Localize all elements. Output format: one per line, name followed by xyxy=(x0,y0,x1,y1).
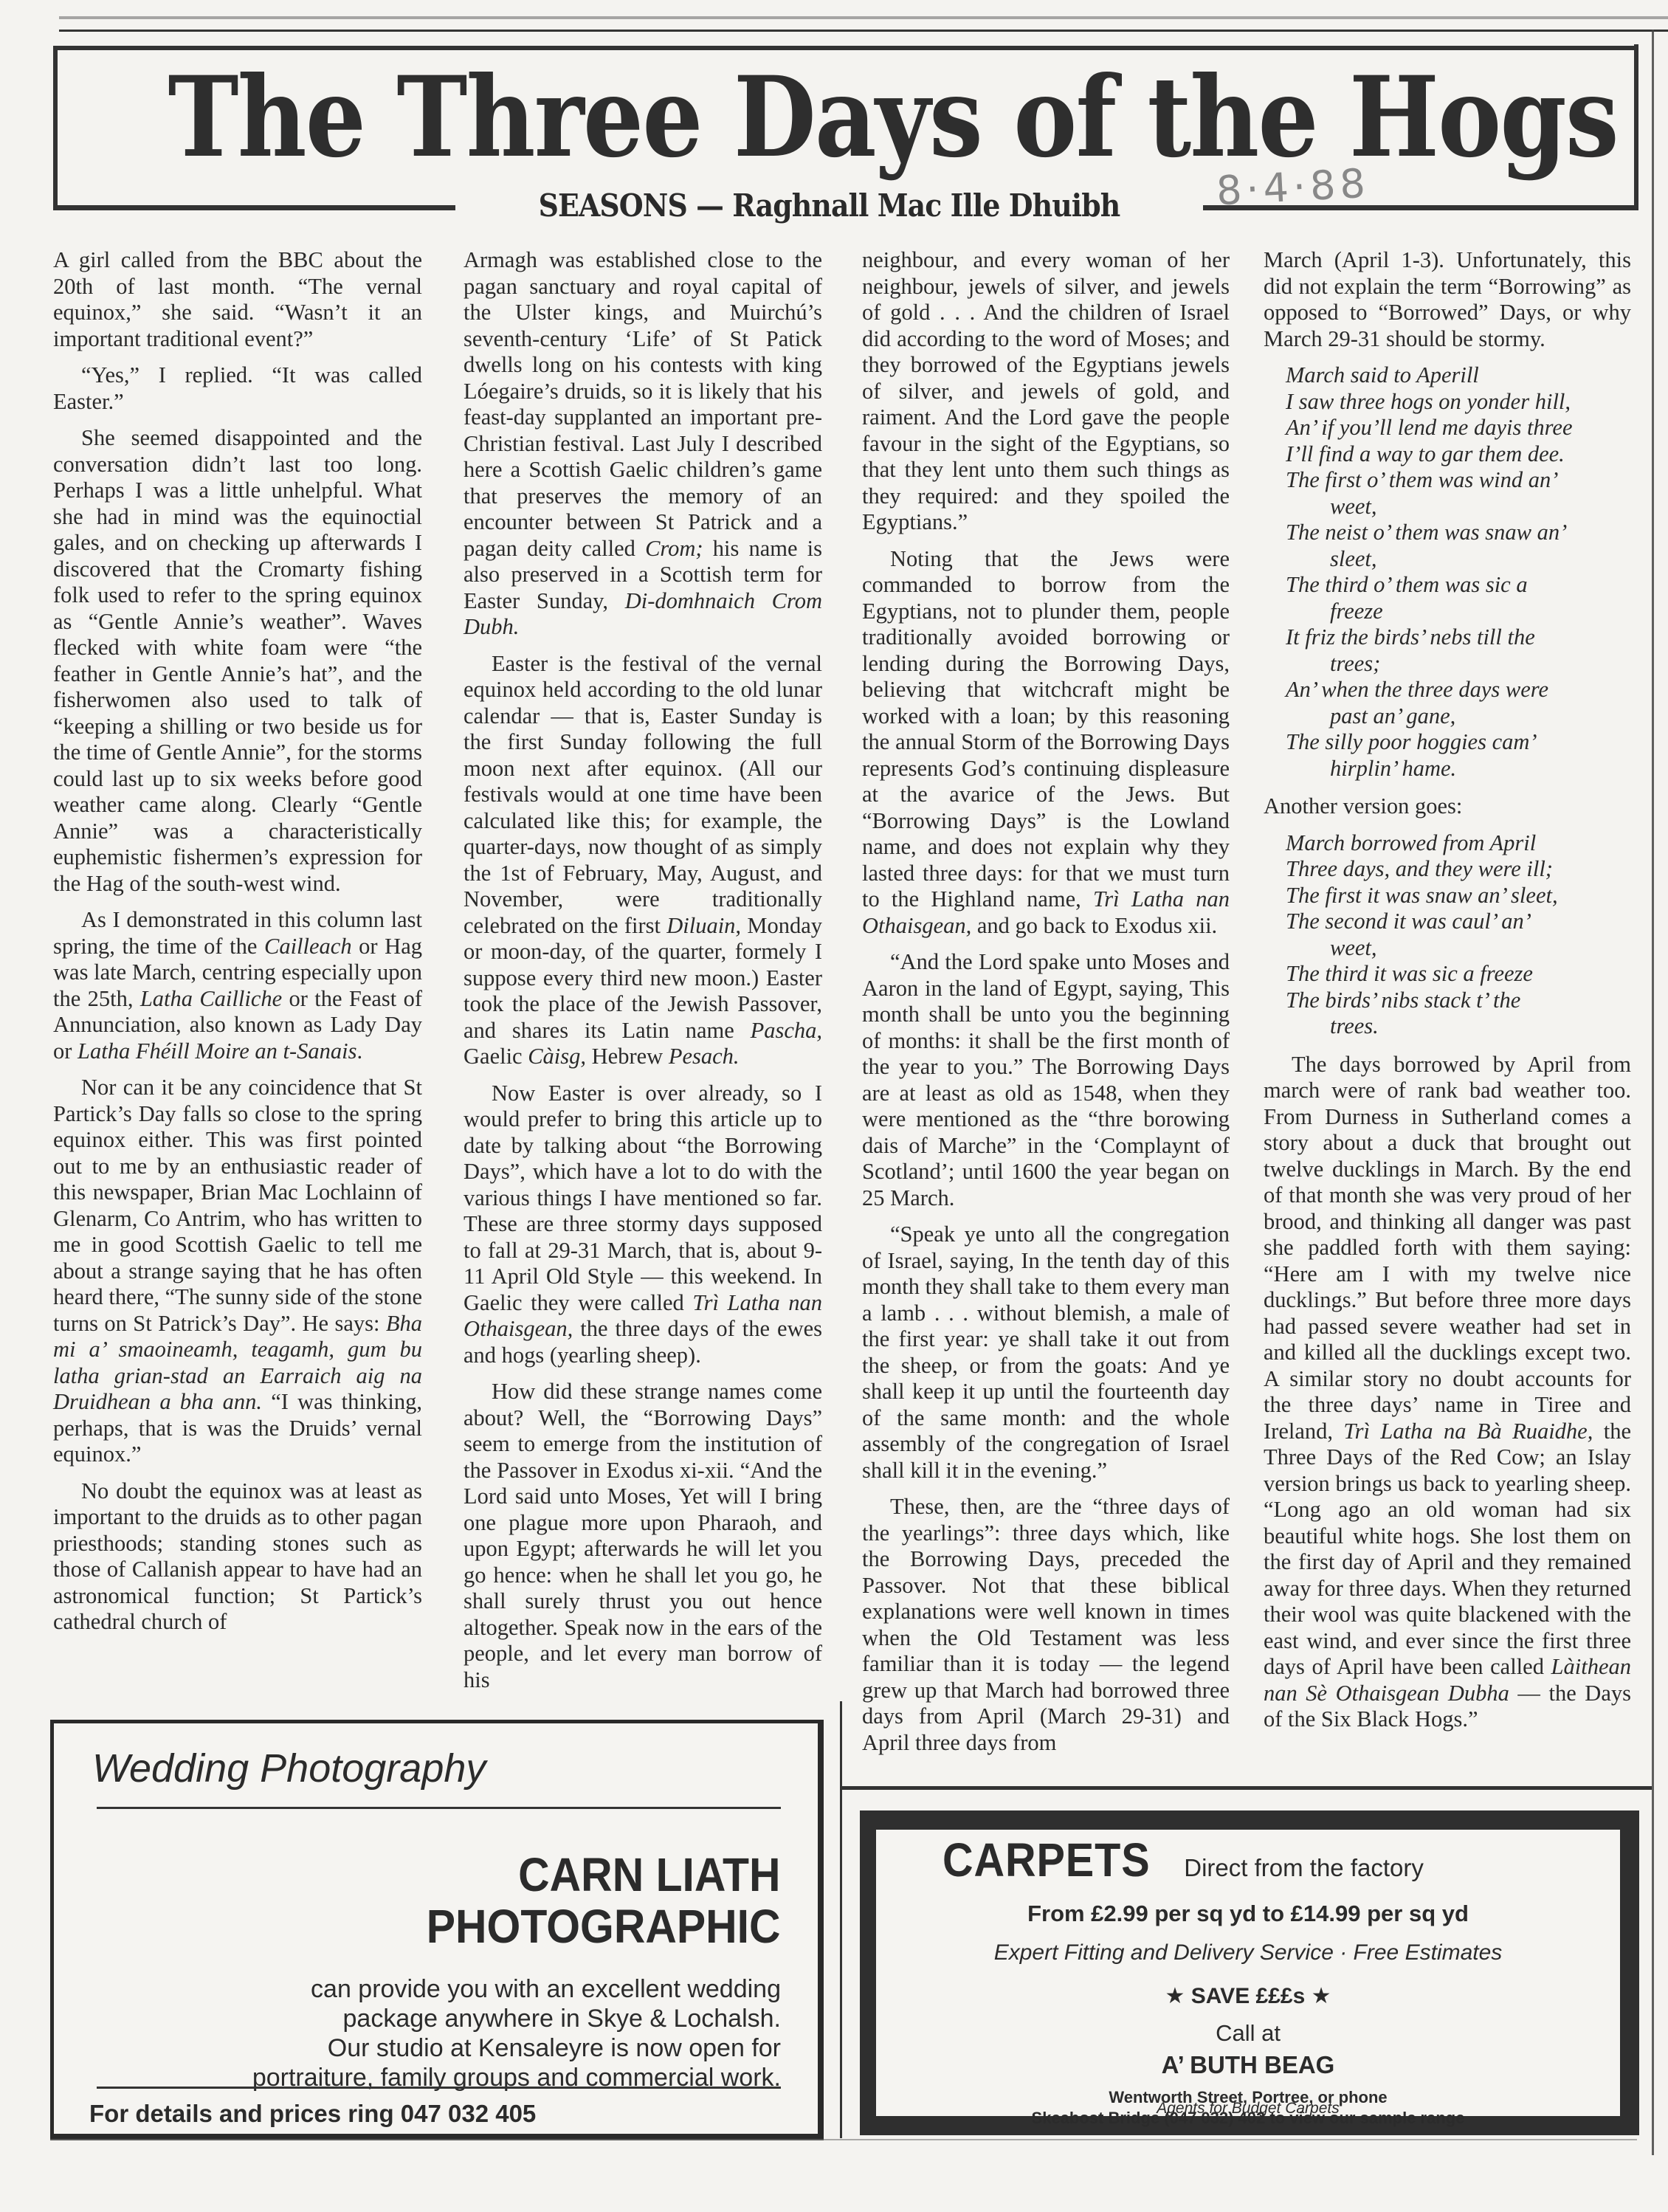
poem-line: The third o’ them was sic a xyxy=(1286,572,1631,599)
call-at: Call at xyxy=(876,2020,1620,2047)
paragraph: Another version goes: xyxy=(1264,793,1631,820)
paragraph: Nor can it be any coincidence that St Pa… xyxy=(53,1075,422,1468)
poem-line: The silly poor hoggies cam’ xyxy=(1286,729,1631,756)
ad-body-line: package anywhere in Skye & Lochalsh. xyxy=(72,2004,781,2033)
paragraph: She seemed disappointed and the conversa… xyxy=(53,425,422,897)
poem-line: trees. xyxy=(1286,1013,1631,1040)
paragraph: Armagh was established close to the paga… xyxy=(463,247,822,641)
article-column-2: Armagh was established close to the paga… xyxy=(463,247,822,1703)
paragraph: “And the Lord spake unto Moses and Aaron… xyxy=(862,949,1230,1211)
rule xyxy=(53,205,455,210)
poem-line: weet, xyxy=(1286,494,1631,520)
paragraph: A girl called from the BBC about the 20t… xyxy=(53,247,422,352)
poem-line: Three days, and they were ill; xyxy=(1286,856,1631,883)
byline: SEASONS — Raghnall Mac Ille Dhuibh xyxy=(493,187,1166,224)
article-column-1: A girl called from the BBC about the 20t… xyxy=(53,247,422,1646)
ad-body: can provide you with an excellent weddin… xyxy=(72,1974,781,2092)
poem-line: An’ when the three days were xyxy=(1286,677,1631,703)
poem-line: March borrowed from April xyxy=(1286,830,1631,857)
rule xyxy=(97,2087,781,2089)
contact-phone: For details and prices ring 047 032 405 xyxy=(89,2100,536,2128)
article-column-4: March (April 1-3). Unfortunately, this d… xyxy=(1264,247,1631,1743)
paragraph: These, then, are the “three days of the … xyxy=(862,1494,1230,1756)
handwritten-date: 8·4·88 xyxy=(1215,160,1371,215)
poem-2: March borrowed from AprilThree days, and… xyxy=(1286,830,1631,1040)
paragraph: The days borrowed by April from march we… xyxy=(1264,1052,1631,1733)
carpets-ad-inner: CARPETS Direct from the factory From £2.… xyxy=(876,1830,1620,2116)
poem-line: past an’ gane, xyxy=(1286,703,1631,730)
ad-body-line: Our studio at Kensaleyre is now open for xyxy=(72,2033,781,2063)
ad-heading-row: CARPETS Direct from the factory xyxy=(942,1833,1424,1887)
bottom-rule xyxy=(50,2139,1637,2140)
paragraph: March (April 1-3). Unfortunately, this d… xyxy=(1264,247,1631,352)
ad-title: Wedding Photography xyxy=(92,1746,486,1791)
paragraph: “Speak ye unto all the congregation of I… xyxy=(862,1222,1230,1484)
byline-row: SEASONS — Raghnall Mac Ille Dhuibh xyxy=(53,185,1638,229)
poem-line: The first it was snaw an’ sleet, xyxy=(1286,883,1631,909)
poem-line: I saw three hogs on yonder hill, xyxy=(1286,389,1631,416)
poem-line: hirplin’ hame. xyxy=(1286,756,1631,782)
top-rule xyxy=(59,30,1668,32)
column-rule xyxy=(1652,30,1654,2155)
poem-line: March said to Aperill xyxy=(1286,362,1631,389)
poem-line: freeze xyxy=(1286,599,1631,625)
wedding-photography-ad: Wedding Photography CARN LIATH PHOTOGRAP… xyxy=(50,1720,824,2140)
ad-body-line: can provide you with an excellent weddin… xyxy=(72,1974,781,2004)
poem-line: The third it was sic a freeze xyxy=(1286,961,1631,988)
ad-divider xyxy=(840,1786,1652,1790)
paragraph: No doubt the equinox was at least as imp… xyxy=(53,1478,422,1636)
paragraph: Noting that the Jews were commanded to b… xyxy=(862,546,1230,940)
business-name-line: CARN LIATH xyxy=(427,1849,781,1901)
ad-heading: CARPETS xyxy=(942,1833,1151,1887)
poem-line: sleet, xyxy=(1286,546,1631,573)
poem-line: It friz the birds’ nebs till the xyxy=(1286,624,1631,651)
poem-line: The first o’ them was wind an’ xyxy=(1286,467,1631,494)
poem-line: trees; xyxy=(1286,651,1631,678)
paragraph: As I demonstrated in this column last sp… xyxy=(53,907,422,1064)
ad-divider xyxy=(840,1701,842,2138)
agents-note: Agents for Budget Carpets xyxy=(876,2100,1620,2118)
newspaper-page: The Three Days of the Hogs SEASONS — Rag… xyxy=(0,0,1668,2212)
business-name-line: PHOTOGRAPHIC xyxy=(427,1901,781,1952)
poem-1: March said to AperillI saw three hogs on… xyxy=(1286,362,1631,782)
save-banner: ★ SAVE £££s ★ xyxy=(876,1983,1620,2009)
services: Expert Fitting and Delivery Service · Fr… xyxy=(876,1940,1620,1965)
rule xyxy=(97,1807,781,1809)
poem-line: weet, xyxy=(1286,935,1631,962)
ad-subheading: Direct from the factory xyxy=(1184,1854,1424,1881)
poem-line: The neist o’ them was snaw an’ xyxy=(1286,520,1631,546)
paragraph: “Yes,” I replied. “It was called Easter.… xyxy=(53,362,422,415)
poem-line: I’ll find a way to gar them dee. xyxy=(1286,441,1631,468)
headline: The Three Days of the Hogs xyxy=(168,55,1524,180)
price-range: From £2.99 per sq yd to £14.99 per sq yd xyxy=(876,1901,1620,1927)
article-column-3: neighbour, and every woman of her neighb… xyxy=(862,247,1230,1766)
carpets-ad: CARPETS Direct from the factory From £2.… xyxy=(860,1810,1639,2135)
bleed-rule xyxy=(59,16,1668,19)
paragraph: Easter is the festival of the vernal equ… xyxy=(463,651,822,1070)
poem-line: The second it was caul’ an’ xyxy=(1286,909,1631,935)
paragraph: neighbour, and every woman of her neighb… xyxy=(862,247,1230,536)
business-name: CARN LIATH PHOTOGRAPHIC xyxy=(427,1849,781,1952)
headline-box: The Three Days of the Hogs xyxy=(53,46,1638,207)
poem-line: The birds’ nibs stack t’ the xyxy=(1286,988,1631,1014)
paragraph: Now Easter is over already, so I would p… xyxy=(463,1081,822,1369)
paragraph: How did these strange names come about? … xyxy=(463,1379,822,1693)
shop-name: A’ BUTH BEAG xyxy=(876,2051,1620,2079)
poem-line: An’ if you’ll lend me dayis three xyxy=(1286,415,1631,441)
